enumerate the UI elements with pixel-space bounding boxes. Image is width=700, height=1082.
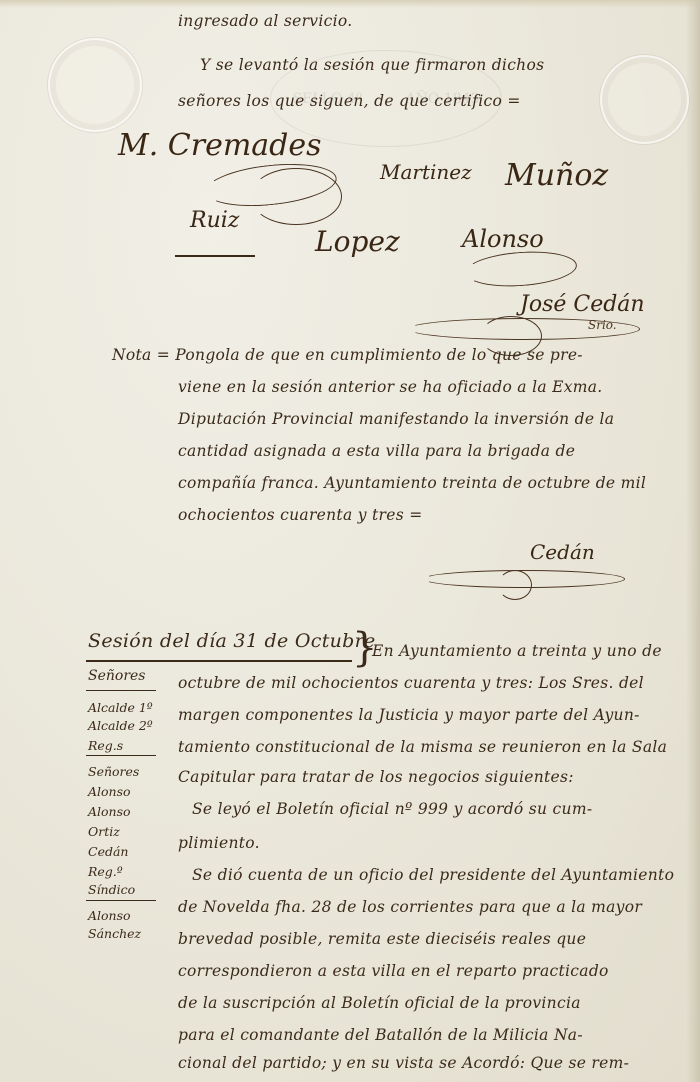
top-line-2: Y se levantó la sesión que firmaron dich… (200, 56, 544, 74)
margin-members-title: Señores (88, 668, 145, 684)
margin-member: Sánchez (88, 926, 141, 941)
margin-member: Alcalde 2º (88, 718, 153, 733)
signature-flourish (250, 168, 342, 225)
session-line-9: de Novelda fha. 28 de los corrientes par… (178, 898, 642, 916)
signature-cremades: M. Cremades (118, 128, 322, 163)
top-line-1: ingresado al servicio. (178, 12, 352, 30)
margin-member: Reg.º (88, 864, 123, 879)
session-line-8: Se dió cuenta de un oficio del president… (192, 866, 674, 884)
embossed-seal-left (48, 38, 142, 132)
session-line-13: para el comandante del Batallón de la Mi… (178, 1026, 583, 1044)
session-heading-underline (86, 660, 352, 662)
session-line-10: brevedad posible, remita este dieciséis … (178, 930, 586, 948)
session-line-4: tamiento constitucional de la misma se r… (178, 738, 667, 756)
margin-member: Alcalde 1º (88, 700, 153, 715)
margin-underline (86, 755, 156, 756)
signature-cedan-full: José Cedán (520, 292, 645, 317)
note-line-6: ochocientos cuarenta y tres = (178, 506, 423, 524)
signature-martinez: Martinez (380, 160, 472, 184)
margin-member: Síndico (88, 882, 135, 897)
signature-underline (175, 255, 255, 257)
session-line-11: correspondieron a esta villa en el repar… (178, 962, 609, 980)
signature-ruiz: Ruiz (190, 208, 239, 233)
note-signature-cedan: Cedán (530, 540, 595, 564)
signature-flourish (498, 570, 532, 600)
session-line-2: octubre de mil ochocientos cuarenta y tr… (178, 674, 644, 692)
signature-alonso: Alonso (462, 225, 544, 253)
note-line-2: viene en la sesión anterior se ha oficia… (178, 378, 603, 396)
session-heading: Sesión del día 31 de Octubre (88, 630, 376, 652)
session-line-5: Capitular para tratar de los negocios si… (178, 768, 574, 786)
session-line-1: En Ayuntamiento a treinta y uno de (372, 642, 662, 660)
paper-edge-right (686, 0, 700, 1082)
margin-member: Ortiz (88, 824, 120, 839)
session-line-3: margen componentes la Justicia y mayor p… (178, 706, 640, 724)
top-line-3: señores los que siguen, de que certifico… (178, 92, 521, 110)
session-line-12: de la suscripción al Boletín oficial de … (178, 994, 581, 1012)
signature-lopez: Lopez (315, 225, 400, 258)
embossed-seal-right (600, 55, 689, 144)
session-line-14: cional del partido; y en su vista se Aco… (178, 1054, 629, 1072)
margin-underline (86, 690, 156, 691)
margin-member: Señores (88, 764, 139, 779)
paper-edge-top (0, 0, 700, 8)
document-page: SELLO 4º AÑO 1843 ingresado al servicio.… (0, 0, 700, 1082)
note-line-5: compañía franca. Ayuntamiento treinta de… (178, 474, 646, 492)
note-line-1: Nota = Pongola de que en cumplimiento de… (112, 346, 583, 364)
margin-member: Alonso (88, 804, 131, 819)
note-line-4: cantidad asignada a esta villa para la b… (178, 442, 575, 460)
session-line-6: Se leyó el Boletín oficial nº 999 y acor… (192, 800, 592, 818)
note-line-3: Diputación Provincial manifestando la in… (178, 410, 614, 428)
session-line-7: plimiento. (178, 834, 260, 852)
margin-member: Cedán (88, 844, 128, 859)
margin-member: Reg.s (88, 738, 123, 753)
margin-underline (86, 900, 156, 901)
signature-munoz: Muñoz (505, 158, 608, 193)
margin-member: Alonso (88, 908, 131, 923)
signature-flourish (464, 248, 578, 290)
margin-member: Alonso (88, 784, 131, 799)
